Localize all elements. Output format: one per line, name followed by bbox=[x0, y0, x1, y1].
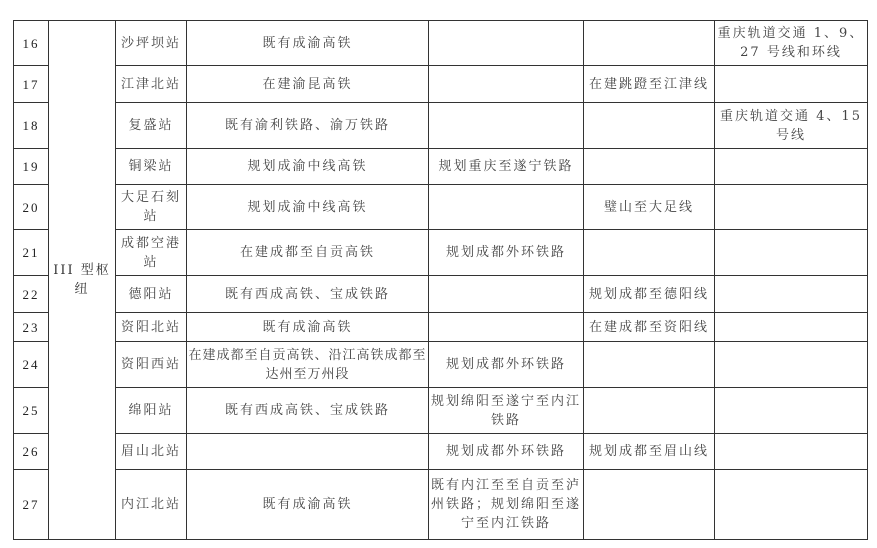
station-name: 复盛站 bbox=[116, 103, 187, 149]
urban-rail-cell bbox=[715, 470, 868, 540]
table-row: 26 眉山北站 规划成都外环铁路 规划成都至眉山线 bbox=[14, 434, 868, 470]
suburban-rail-cell: 在建跳蹬至江津线 bbox=[584, 66, 715, 103]
row-number: 17 bbox=[14, 66, 49, 103]
high-speed-rail-cell: 规划成渝中线高铁 bbox=[187, 149, 429, 185]
row-number: 25 bbox=[14, 388, 49, 434]
urban-rail-cell bbox=[715, 313, 868, 342]
station-name: 铜梁站 bbox=[116, 149, 187, 185]
hub-type-cell: III 型枢纽 bbox=[49, 21, 116, 540]
table-row: 19 铜梁站 规划成渝中线高铁 规划重庆至遂宁铁路 bbox=[14, 149, 868, 185]
high-speed-rail-cell: 既有渝利铁路、渝万铁路 bbox=[187, 103, 429, 149]
regional-rail-cell: 规划成都外环铁路 bbox=[429, 434, 584, 470]
regional-rail-cell: 规划绵阳至遂宁至内江铁路 bbox=[429, 388, 584, 434]
row-number: 22 bbox=[14, 276, 49, 313]
station-name: 资阳西站 bbox=[116, 342, 187, 388]
table-row: 24 资阳西站 在建成都至自贡高铁、沿江高铁成都至达州至万州段 规划成都外环铁路 bbox=[14, 342, 868, 388]
hub-station-table: 16 III 型枢纽 沙坪坝站 既有成渝高铁 重庆轨道交通 1、9、27 号线和… bbox=[13, 20, 868, 540]
table-row: 20 大足石刻站 规划成渝中线高铁 璧山至大足线 bbox=[14, 185, 868, 230]
table-row: 22 德阳站 既有西成高铁、宝成铁路 规划成都至德阳线 bbox=[14, 276, 868, 313]
suburban-rail-cell bbox=[584, 470, 715, 540]
high-speed-rail-cell: 既有西成高铁、宝成铁路 bbox=[187, 276, 429, 313]
high-speed-rail-cell: 规划成渝中线高铁 bbox=[187, 185, 429, 230]
high-speed-rail-cell: 在建成都至自贡高铁 bbox=[187, 230, 429, 276]
station-name: 成都空港站 bbox=[116, 230, 187, 276]
table-row: 25 绵阳站 既有西成高铁、宝成铁路 规划绵阳至遂宁至内江铁路 bbox=[14, 388, 868, 434]
regional-rail-cell bbox=[429, 66, 584, 103]
high-speed-rail-cell: 在建成都至自贡高铁、沿江高铁成都至达州至万州段 bbox=[187, 342, 429, 388]
row-number: 24 bbox=[14, 342, 49, 388]
suburban-rail-cell bbox=[584, 149, 715, 185]
row-number: 20 bbox=[14, 185, 49, 230]
urban-rail-cell bbox=[715, 230, 868, 276]
urban-rail-cell bbox=[715, 388, 868, 434]
urban-rail-cell bbox=[715, 149, 868, 185]
regional-rail-cell bbox=[429, 21, 584, 66]
regional-rail-cell bbox=[429, 276, 584, 313]
row-number: 19 bbox=[14, 149, 49, 185]
suburban-rail-cell: 璧山至大足线 bbox=[584, 185, 715, 230]
station-name: 资阳北站 bbox=[116, 313, 187, 342]
urban-rail-cell bbox=[715, 276, 868, 313]
station-name: 德阳站 bbox=[116, 276, 187, 313]
high-speed-rail-cell: 既有成渝高铁 bbox=[187, 470, 429, 540]
table-row: 27 内江北站 既有成渝高铁 既有内江至至自贡至泸州铁路；规划绵阳至遂宁至内江铁… bbox=[14, 470, 868, 540]
suburban-rail-cell: 在建成都至资阳线 bbox=[584, 313, 715, 342]
regional-rail-cell: 规划重庆至遂宁铁路 bbox=[429, 149, 584, 185]
row-number: 16 bbox=[14, 21, 49, 66]
high-speed-rail-cell bbox=[187, 434, 429, 470]
suburban-rail-cell: 规划成都至德阳线 bbox=[584, 276, 715, 313]
urban-rail-cell: 重庆轨道交通 1、9、27 号线和环线 bbox=[715, 21, 868, 66]
table-row: 17 江津北站 在建渝昆高铁 在建跳蹬至江津线 bbox=[14, 66, 868, 103]
high-speed-rail-cell: 既有成渝高铁 bbox=[187, 21, 429, 66]
urban-rail-cell bbox=[715, 66, 868, 103]
high-speed-rail-cell: 既有西成高铁、宝成铁路 bbox=[187, 388, 429, 434]
regional-rail-cell bbox=[429, 313, 584, 342]
regional-rail-cell: 既有内江至至自贡至泸州铁路；规划绵阳至遂宁至内江铁路 bbox=[429, 470, 584, 540]
row-number: 27 bbox=[14, 470, 49, 540]
station-name: 绵阳站 bbox=[116, 388, 187, 434]
station-name: 江津北站 bbox=[116, 66, 187, 103]
urban-rail-cell: 重庆轨道交通 4、15 号线 bbox=[715, 103, 868, 149]
high-speed-rail-cell: 在建渝昆高铁 bbox=[187, 66, 429, 103]
suburban-rail-cell bbox=[584, 103, 715, 149]
urban-rail-cell bbox=[715, 185, 868, 230]
suburban-rail-cell bbox=[584, 21, 715, 66]
table-row: 16 III 型枢纽 沙坪坝站 既有成渝高铁 重庆轨道交通 1、9、27 号线和… bbox=[14, 21, 868, 66]
row-number: 18 bbox=[14, 103, 49, 149]
regional-rail-cell: 规划成都外环铁路 bbox=[429, 342, 584, 388]
station-name: 眉山北站 bbox=[116, 434, 187, 470]
urban-rail-cell bbox=[715, 434, 868, 470]
suburban-rail-cell bbox=[584, 342, 715, 388]
regional-rail-cell bbox=[429, 103, 584, 149]
row-number: 21 bbox=[14, 230, 49, 276]
suburban-rail-cell bbox=[584, 388, 715, 434]
table-row: 23 资阳北站 既有成渝高铁 在建成都至资阳线 bbox=[14, 313, 868, 342]
regional-rail-cell bbox=[429, 185, 584, 230]
row-number: 26 bbox=[14, 434, 49, 470]
high-speed-rail-cell: 既有成渝高铁 bbox=[187, 313, 429, 342]
urban-rail-cell bbox=[715, 342, 868, 388]
table-row: 18 复盛站 既有渝利铁路、渝万铁路 重庆轨道交通 4、15 号线 bbox=[14, 103, 868, 149]
suburban-rail-cell: 规划成都至眉山线 bbox=[584, 434, 715, 470]
station-name: 内江北站 bbox=[116, 470, 187, 540]
regional-rail-cell: 规划成都外环铁路 bbox=[429, 230, 584, 276]
row-number: 23 bbox=[14, 313, 49, 342]
station-name: 沙坪坝站 bbox=[116, 21, 187, 66]
suburban-rail-cell bbox=[584, 230, 715, 276]
station-name: 大足石刻站 bbox=[116, 185, 187, 230]
table-row: 21 成都空港站 在建成都至自贡高铁 规划成都外环铁路 bbox=[14, 230, 868, 276]
